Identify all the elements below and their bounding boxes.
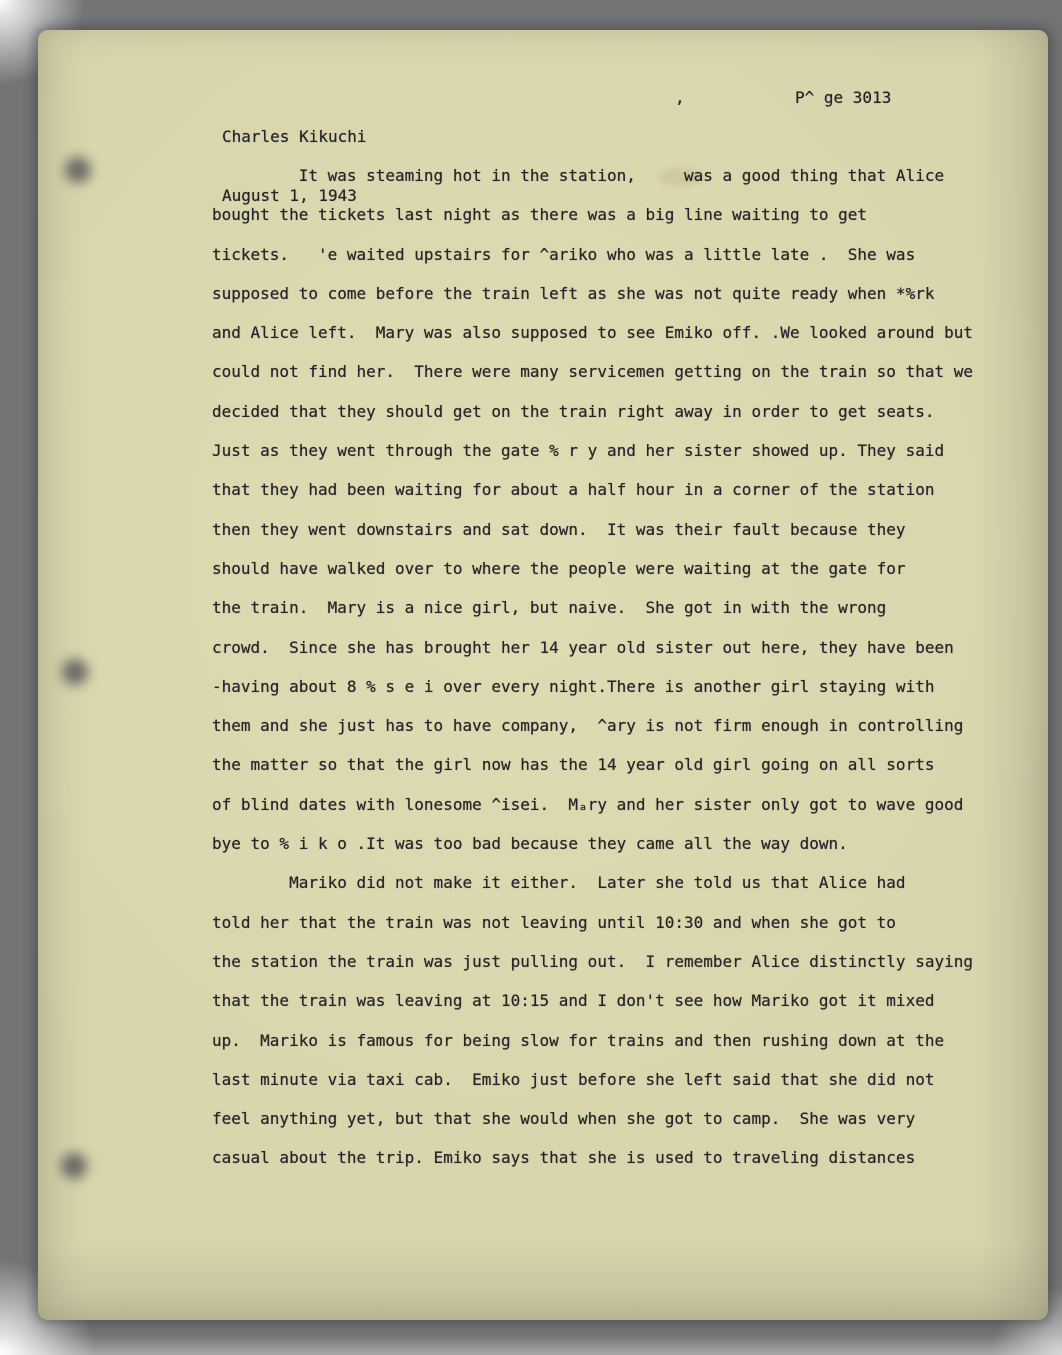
document-scan: Charles Kikuchi August 1, 1943 , P^ ge 3… xyxy=(0,0,1062,1355)
typed-line: decided that they should get on the trai… xyxy=(212,392,1012,431)
typed-line: supposed to come before the train left a… xyxy=(212,274,1012,313)
punch-mark-top xyxy=(65,157,91,183)
typed-line: told her that the train was not leaving … xyxy=(212,903,1012,942)
typed-line: feel anything yet, but that she would wh… xyxy=(212,1099,1012,1138)
typed-line: should have walked over to where the peo… xyxy=(212,549,1012,588)
punch-mark-bottom xyxy=(61,1153,87,1179)
typed-line: bye to % i k o .It was too bad because t… xyxy=(212,824,1012,863)
typed-line: that they had been waiting for about a h… xyxy=(212,470,1012,509)
typed-line: It was steaming hot in the station, was … xyxy=(212,156,1012,195)
typed-line: crowd. Since she has brought her 14 year… xyxy=(212,628,1012,667)
typed-line: casual about the trip. Emiko says that s… xyxy=(212,1138,1012,1177)
typed-line: up. Mariko is famous for being slow for … xyxy=(212,1021,1012,1060)
typed-line: then they went downstairs and sat down. … xyxy=(212,510,1012,549)
typed-line: them and she just has to have company, ^… xyxy=(212,706,1012,745)
typed-line: Just as they went through the gate % r y… xyxy=(212,431,1012,470)
header-comma-mark: , xyxy=(675,88,685,108)
typed-text-body: It was steaming hot in the station, was … xyxy=(212,156,1012,1178)
typed-line: and Alice left. Mary was also supposed t… xyxy=(212,313,1012,352)
typed-line: -having about 8 % s e i over every night… xyxy=(212,667,1012,706)
typed-line: the train. Mary is a nice girl, but naiv… xyxy=(212,588,1012,627)
typed-line: last minute via taxi cab. Emiko just bef… xyxy=(212,1060,1012,1099)
typed-line: of blind dates with lonesome ^isei. Mₐry… xyxy=(212,785,1012,824)
punch-mark-middle xyxy=(62,659,88,685)
typed-line: that the train was leaving at 10:15 and … xyxy=(212,981,1012,1020)
typed-line: could not find her. There were many serv… xyxy=(212,352,1012,391)
typed-line: tickets. 'e waited upstairs for ^ariko w… xyxy=(212,235,1012,274)
paper-page: Charles Kikuchi August 1, 1943 , P^ ge 3… xyxy=(38,30,1048,1320)
typed-line: Mariko did not make it either. Later she… xyxy=(212,863,1012,902)
typed-line: the matter so that the girl now has the … xyxy=(212,745,1012,784)
typed-line: bought the tickets last night as there w… xyxy=(212,195,1012,234)
typed-line: the station the train was just pulling o… xyxy=(212,942,1012,981)
author-name: Charles Kikuchi xyxy=(222,127,367,147)
page-number: P^ ge 3013 xyxy=(795,88,891,108)
